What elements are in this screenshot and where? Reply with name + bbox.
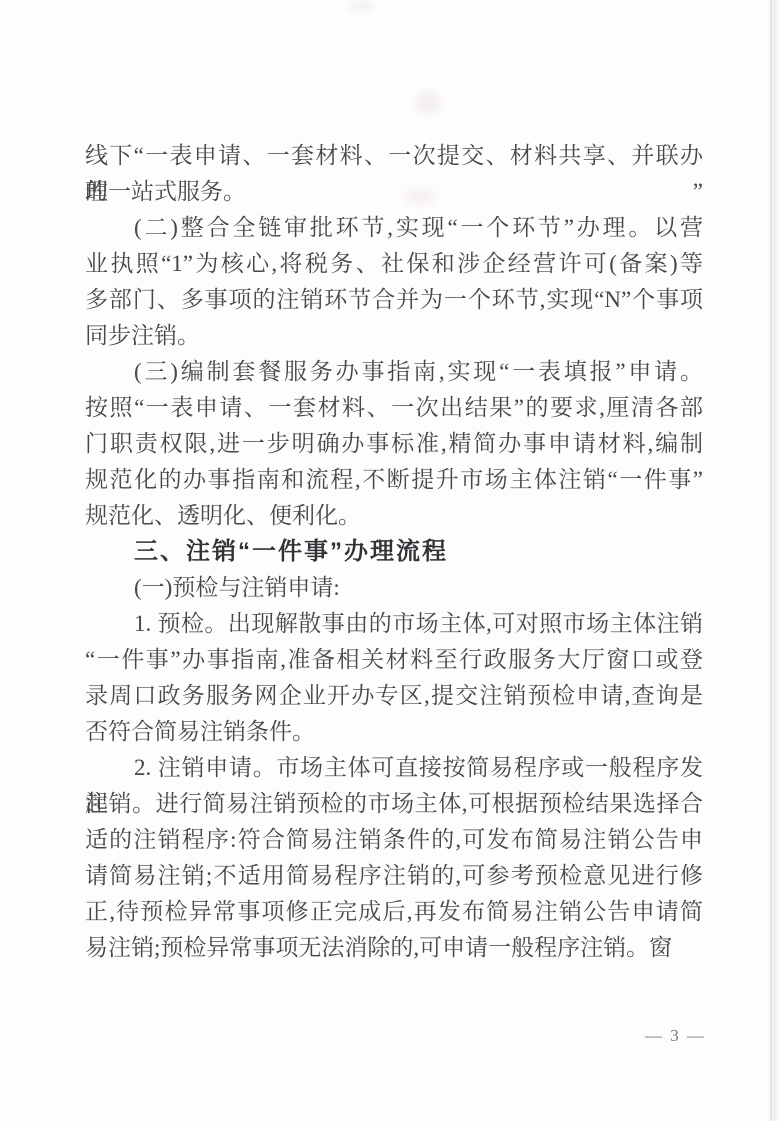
- text-line: 1. 预检。出现解散事由的市场主体,可对照市场主体注销: [85, 606, 703, 642]
- paragraph: 1. 预检。出现解散事由的市场主体,可对照市场主体注销“一件事”办事指南,准备相…: [85, 606, 703, 750]
- text-line: 录周口政务服务网企业开办专区,提交注销预检申请,查询是: [85, 678, 703, 714]
- text-line: 正,待预检异常事项修正完成后,再发布简易注销公告申请简: [85, 894, 703, 930]
- text-line: 请简易注销;不适用简易程序注销的,可参考预检意见进行修: [85, 858, 703, 894]
- scan-artifact: [348, 2, 374, 11]
- paragraph: 2. 注销申请。市场主体可直接按简易程序或一般程序发起注销。进行简易注销预检的市…: [85, 750, 703, 966]
- document-page: 线下“一表申请、一套材料、一次提交、材料共享、并联办理”的一站式服务。(二)整合…: [0, 0, 781, 1121]
- text-line: (三)编制套餐服务办事指南,实现“一表填报”申请。: [85, 354, 703, 390]
- text-line: (一)预检与注销申请:: [85, 570, 703, 606]
- page-number: — 3 —: [645, 1026, 706, 1046]
- section-heading: 三、注销“一件事”办理流程: [85, 534, 703, 570]
- text-line: “一件事”办事指南,准备相关材料至行政服务大厅窗口或登: [85, 642, 703, 678]
- paragraph: (三)编制套餐服务办事指南,实现“一表填报”申请。按照“一表申请、一套材料、一次…: [85, 354, 703, 534]
- scan-edge-gradient: [767, 0, 781, 1121]
- text-line: 规范化的办事指南和流程,不断提升市场主体注销“一件事”: [85, 462, 703, 498]
- text-line: 三、注销“一件事”办理流程: [85, 534, 703, 570]
- text-line: 否符合简易注销条件。: [85, 714, 703, 750]
- text-line: 多部门、多事项的注销环节合并为一个环节,实现“N”个事项: [85, 282, 703, 318]
- text-line: 注销。进行简易注销预检的市场主体,可根据预检结果选择合: [85, 786, 703, 822]
- text-line: 业执照“1”为核心,将税务、社保和涉企经营许可(备案)等: [85, 246, 703, 282]
- document-body: 线下“一表申请、一套材料、一次提交、材料共享、并联办理”的一站式服务。(二)整合…: [85, 138, 703, 966]
- paragraph: (一)预检与注销申请:: [85, 570, 703, 606]
- text-line: 适的注销程序:符合简易注销条件的,可发布简易注销公告申: [85, 822, 703, 858]
- paragraph: 线下“一表申请、一套材料、一次提交、材料共享、并联办理”的一站式服务。: [85, 138, 703, 210]
- text-line: (二)整合全链审批环节,实现“一个环节”办理。以营: [85, 210, 703, 246]
- text-line: 按照“一表申请、一套材料、一次出结果”的要求,厘清各部: [85, 390, 703, 426]
- text-line: 同步注销。: [85, 318, 703, 354]
- paragraph: (二)整合全链审批环节,实现“一个环节”办理。以营业执照“1”为核心,将税务、社…: [85, 210, 703, 354]
- text-line: 规范化、透明化、便利化。: [85, 498, 703, 534]
- text-line: 易注销;预检异常事项无法消除的,可申请一般程序注销。窗: [85, 930, 703, 966]
- text-line: 门职责权限,进一步明确办事标准,精简办事申请材料,编制: [85, 426, 703, 462]
- scan-artifact: [415, 92, 441, 114]
- text-line: 线下“一表申请、一套材料、一次提交、材料共享、并联办理”: [85, 138, 703, 174]
- text-line: 2. 注销申请。市场主体可直接按简易程序或一般程序发起: [85, 750, 703, 786]
